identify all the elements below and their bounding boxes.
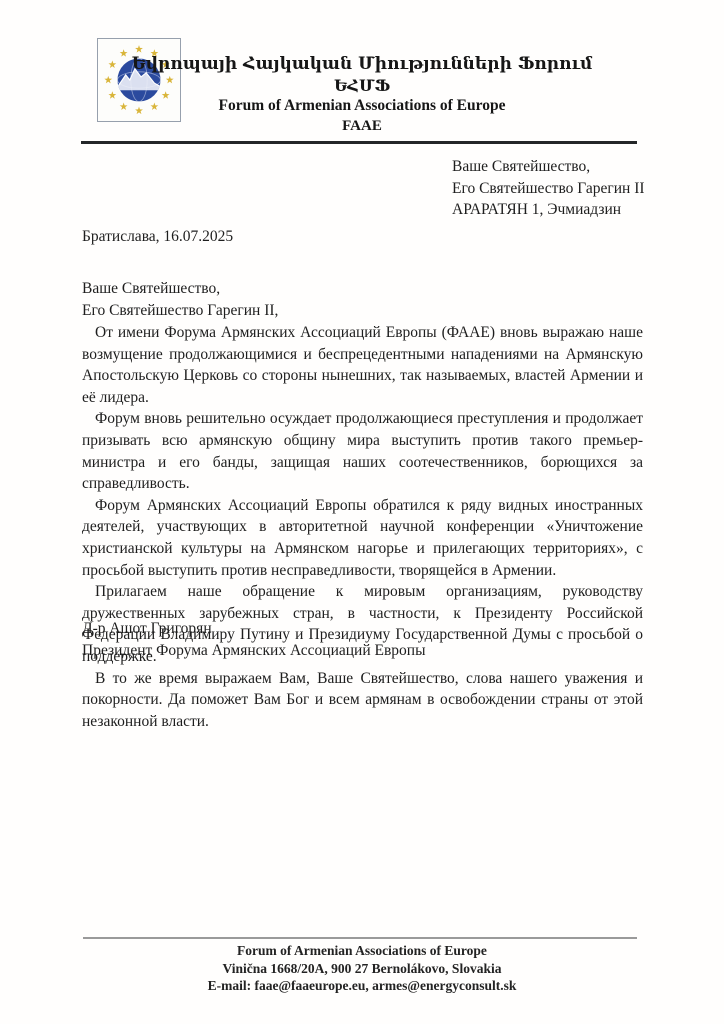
body-paragraph: От имени Форума Армянских Ассоциаций Евр… xyxy=(82,322,643,408)
recipient-block: Ваше Святейшество, Его Святейшество Гаре… xyxy=(452,156,645,221)
footer-email: E-mail: faae@faaeurope.eu, armes@energyc… xyxy=(0,977,724,995)
signer-title: Президент Форума Армянских Ассоциаций Ев… xyxy=(82,640,426,662)
org-abbr-armenian: ԵՀՄՖ xyxy=(0,75,724,96)
org-name-armenian: Եվրոպայի Հայկական Միությունների Ֆորում xyxy=(0,53,724,75)
page-footer: Forum of Armenian Associations of Europe… xyxy=(0,942,724,995)
salutation-line: Ваше Святейшество, xyxy=(82,278,278,300)
org-name-english: Forum of Armenian Associations of Europe xyxy=(0,96,724,116)
recipient-line: АРАРАТЯН 1, Эчмиадзин xyxy=(452,199,645,221)
footer-rule xyxy=(83,937,637,939)
org-abbr-english: FAAE xyxy=(0,116,724,136)
salutation: Ваше Святейшество, Его Святейшество Гаре… xyxy=(82,278,278,321)
recipient-line: Ваше Святейшество, xyxy=(452,156,645,178)
footer-org: Forum of Armenian Associations of Europe xyxy=(0,942,724,960)
recipient-line: Его Святейшество Гарегин II xyxy=(452,178,645,200)
letter-body: От имени Форума Армянских Ассоциаций Евр… xyxy=(82,322,643,732)
body-paragraph: Форум Армянских Ассоциаций Европы обрати… xyxy=(82,495,643,581)
dateline: Братислава, 16.07.2025 xyxy=(82,226,233,247)
signature-block: Д-р Ашот Григорян Президент Форума Армян… xyxy=(82,618,426,661)
body-paragraph: Форум вновь решительно осуждает продолжа… xyxy=(82,408,643,494)
header-rule xyxy=(81,141,637,144)
footer-address: Vinična 1668/20A, 900 27 Bernolákovo, Sl… xyxy=(0,960,724,978)
letterhead: Եվրոպայի Հայկական Միությունների Ֆորում Ե… xyxy=(0,53,724,136)
salutation-line: Его Святейшество Гарегин II, xyxy=(82,300,278,322)
letter-page: Եվրոպայի Հայկական Միությունների Ֆորում Ե… xyxy=(0,0,724,1024)
body-paragraph: В то же время выражаем Вам, Ваше Святейш… xyxy=(82,668,643,733)
signer-name: Д-р Ашот Григорян xyxy=(82,618,426,640)
